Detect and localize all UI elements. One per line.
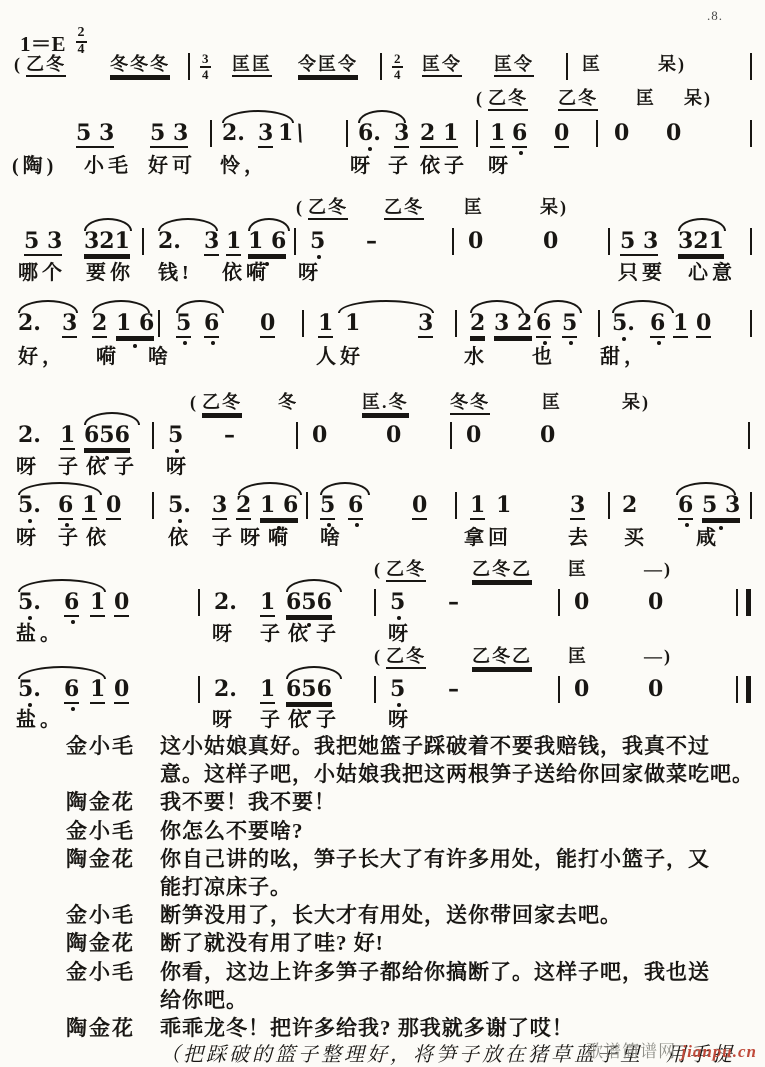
- note-token: 2.: [158, 230, 181, 252]
- note-token: –: [224, 424, 235, 446]
- percussion-token: —): [644, 647, 672, 665]
- melody-line: 2.16565–0000: [0, 424, 765, 456]
- melody-line: 5 35 32.31\6.32 116000: [0, 122, 765, 154]
- barline: [566, 53, 568, 80]
- meter-digit: 4: [202, 68, 209, 82]
- lyric-token: 子: [316, 710, 340, 730]
- lyric-token: 嗬: [96, 347, 120, 367]
- barline: [750, 53, 752, 80]
- melody-line: 5.6102.16565–00: [0, 678, 765, 710]
- barline: [598, 310, 600, 337]
- note-token: 5: [562, 312, 577, 338]
- percussion-token: (: [296, 198, 304, 216]
- lyric-token: 啥: [320, 528, 344, 548]
- dialogue-text: 断了就没有用了哇? 好!: [158, 930, 765, 958]
- barline: [608, 492, 610, 519]
- barline: [750, 310, 752, 337]
- lyric-token: 哪个: [18, 263, 66, 283]
- note-token: 0: [412, 494, 427, 520]
- note-token: 6: [64, 591, 79, 617]
- note-token: 5 3: [150, 122, 188, 148]
- note-token: 6: [58, 494, 73, 520]
- note-token: 5.: [18, 591, 41, 613]
- note-token: –: [448, 591, 459, 613]
- note-token: 3: [212, 494, 227, 520]
- percussion-token: 匡: [568, 647, 588, 665]
- final-barline: [736, 589, 751, 616]
- lyric-token: 呀: [388, 624, 412, 644]
- note-token: 0: [666, 122, 681, 144]
- lyric-token: 拿回: [464, 528, 512, 548]
- dialogue-row: 金小毛你看，这边上许多笋子都给你搞断了。这样子吧，我也送: [0, 959, 765, 987]
- percussion-token: 匡: [568, 560, 588, 578]
- barline: [374, 676, 376, 703]
- note-token: 2.: [214, 678, 237, 700]
- dialogue-text: 你看，这边上许多笋子都给你搞断了。这样子吧，我也送: [158, 959, 765, 987]
- note-token: 1: [318, 312, 333, 338]
- barline: [596, 120, 598, 147]
- note-token: 656: [84, 424, 130, 450]
- lyric-token: 呀: [350, 156, 374, 176]
- note-token: 656: [286, 678, 332, 704]
- speaker-name: 陶金花: [66, 930, 158, 958]
- lyric-token: 呀: [212, 624, 236, 644]
- lyric-token: 呀: [240, 528, 264, 548]
- note-token: 5: [390, 678, 405, 700]
- barline: [306, 492, 308, 519]
- lyric-line: 呀子依依子呀嗬啥拿回去买咸: [0, 528, 765, 560]
- watermark: 歌谱简谱网 jianpu.cn: [586, 1037, 757, 1062]
- melody-line: 5.6105.321 6560113265 3: [0, 494, 765, 526]
- note-token: 1: [496, 494, 511, 516]
- percussion-token: (: [14, 55, 22, 73]
- percussion-token: 匡: [464, 198, 484, 216]
- lyric-token: 子: [388, 156, 412, 176]
- percussion-token: (: [374, 560, 382, 578]
- lyric-token: 呀: [298, 263, 322, 283]
- dialogue-row: 意。这样子吧，小姑娘我把这两根笋子送给你回家做菜吃吧。: [0, 761, 765, 789]
- lyric-line: 哪个要你钱!依嗬呀只要心意: [0, 263, 765, 295]
- percussion-token: 乙冬: [488, 89, 528, 111]
- percussion-token: (: [190, 393, 198, 411]
- barline: [302, 310, 304, 337]
- percussion-token: 呆): [684, 89, 712, 107]
- lyric-token: 买: [624, 528, 648, 548]
- percussion-token: 呆): [622, 393, 650, 411]
- note-token: 3: [258, 122, 273, 148]
- meter-digit: 3: [200, 52, 211, 68]
- percussion-token: 冬: [278, 393, 298, 411]
- note-token: 5: [310, 230, 325, 252]
- note-token: 6: [650, 312, 665, 338]
- note-token: 1: [490, 122, 505, 148]
- speaker-name: 金小毛: [66, 818, 158, 846]
- percussion-token: 匡.冬: [362, 393, 409, 415]
- speaker-name: [66, 874, 158, 902]
- barline: [558, 676, 560, 703]
- percussion-token: 乙冬: [26, 55, 66, 77]
- dialogue-row: 陶金花我不要！我不要！: [0, 789, 765, 817]
- dialogue-block: 金小毛这小姑娘真好。我把她篮子踩破着不要我赔钱，我真不过意。这样子吧，小姑娘我把…: [0, 733, 765, 1067]
- note-token: 6: [204, 312, 219, 338]
- lyric-token: 去: [568, 528, 592, 548]
- barline: [152, 422, 154, 449]
- note-token: 5.: [612, 312, 635, 334]
- barline: [210, 120, 212, 147]
- dialogue-text: 能打凉床子。: [158, 874, 765, 902]
- barline: [608, 228, 610, 255]
- lyric-token: 子: [58, 528, 82, 548]
- dialogue-text: 给你吧。: [158, 987, 765, 1015]
- note-token: 0: [648, 591, 663, 613]
- speaker-name: [66, 1043, 158, 1067]
- note-token: 1 6: [260, 494, 298, 520]
- note-token: 0: [106, 494, 121, 520]
- lyric-line: (陶)小毛好可怜，呀子依子呀: [0, 156, 765, 188]
- lyric-token: 子: [58, 457, 82, 477]
- note-token: 2.: [18, 424, 41, 446]
- percussion-token: 呆): [658, 55, 686, 73]
- note-token: 1: [82, 494, 97, 520]
- note-token: 0: [114, 678, 129, 704]
- barline: [748, 422, 750, 449]
- barline: [296, 422, 298, 449]
- note-token: 5 3: [702, 494, 740, 520]
- note-token: 1 6: [116, 312, 154, 338]
- lyric-token: 依: [86, 528, 110, 548]
- dialogue-text: 断笋没用了，长大才有用处，送你带回家去吧。: [158, 902, 765, 930]
- speaker-name: [66, 761, 158, 789]
- note-token: 0: [540, 424, 555, 446]
- barline: [198, 589, 200, 616]
- note-token: 3 2: [494, 312, 532, 338]
- lyric-token: 呀: [16, 528, 40, 548]
- lyric-token: 呀: [488, 156, 512, 176]
- note-token: 6: [512, 122, 527, 148]
- note-token: 6: [64, 678, 79, 704]
- percussion-token: 乙冬: [202, 393, 242, 415]
- dialogue-text: 这小姑娘真好。我把她篮子踩破着不要我赔钱，我真不过: [158, 733, 765, 761]
- dialogue-text: 我不要！我不要！: [158, 789, 765, 817]
- lyric-token: 水: [464, 347, 488, 367]
- lyric-token: 盐。: [16, 710, 64, 730]
- note-token: 656: [286, 591, 332, 617]
- lyric-token: 依嗬: [222, 263, 270, 283]
- percussion-token: 冬冬冬: [110, 55, 170, 77]
- watermark-site-name: 歌谱简谱网: [586, 1042, 676, 1061]
- lyric-token: 好，: [18, 347, 66, 367]
- lyric-token: 依: [86, 457, 110, 477]
- note-token: 5.: [18, 494, 41, 516]
- score-page: .8. 1＝E 2 4 (乙冬冬冬冬34匡匡令匡令24匡令匡令匡呆)(乙冬乙冬匡…: [0, 0, 765, 1067]
- lyric-token: 甜，: [600, 347, 648, 367]
- lyric-token: 好可: [148, 156, 196, 176]
- speaker-name: 陶金花: [66, 789, 158, 817]
- speaker-name: 陶金花: [66, 1015, 158, 1043]
- note-token: 0: [574, 678, 589, 700]
- lyric-token: 怜，: [220, 156, 268, 176]
- note-token: 3: [570, 494, 585, 520]
- percussion-token: 匡: [636, 89, 656, 107]
- lyric-token: 呀: [212, 710, 236, 730]
- note-token: –: [366, 230, 377, 252]
- barline: [750, 492, 752, 519]
- barline: [374, 589, 376, 616]
- barline: [450, 422, 452, 449]
- barline: [558, 589, 560, 616]
- note-token: 6: [348, 494, 363, 520]
- lyric-line: 好，嗬啥人好水也甜，: [0, 347, 765, 379]
- note-token: 2.: [214, 591, 237, 613]
- barline: [188, 53, 190, 80]
- meter-digit: 4: [394, 68, 401, 82]
- barline: [455, 310, 457, 337]
- lyric-token: 嗬: [268, 528, 292, 548]
- note-token: 3: [394, 122, 409, 148]
- dialogue-text: 你自己讲的吆，笋子长大了有许多用处，能打小篮子，又: [158, 846, 765, 874]
- percussion-token: 匡令: [422, 55, 462, 77]
- percussion-token: 乙冬: [558, 89, 598, 111]
- lyric-token: (陶): [12, 156, 57, 176]
- percussion-line: (乙冬冬冬冬34匡匡令匡令24匡令匡令匡呆): [0, 55, 765, 87]
- lyric-token: 钱!: [158, 263, 193, 283]
- note-token: 3: [418, 312, 433, 338]
- lyric-token: 子: [114, 457, 138, 477]
- note-token: 1: [226, 230, 241, 256]
- lyric-token: 依: [168, 528, 192, 548]
- barline: [452, 228, 454, 255]
- speaker-name: 金小毛: [66, 733, 158, 761]
- percussion-token: 乙冬: [386, 560, 426, 582]
- note-token: 1: [470, 494, 485, 520]
- percussion-token: 乙冬: [384, 198, 424, 220]
- barline: [294, 228, 296, 255]
- lyric-token: 依: [288, 624, 312, 644]
- dialogue-row: 陶金花断了就没有用了哇? 好!: [0, 930, 765, 958]
- note-token: 2.: [18, 312, 41, 334]
- lyric-token: 依子: [420, 156, 468, 176]
- lyric-token: 子: [212, 528, 236, 548]
- lyric-token: 也: [532, 347, 556, 367]
- slide-mark: \: [293, 121, 306, 144]
- note-token: 0: [468, 230, 483, 252]
- dialogue-row: 陶金花你自己讲的吆，笋子长大了有许多用处，能打小篮子，又: [0, 846, 765, 874]
- melody-line: 5 33212.311 65–005 3321: [0, 230, 765, 262]
- lyric-token: 依: [288, 710, 312, 730]
- lyric-token: 要你: [86, 263, 134, 283]
- percussion-token: 匡匡: [232, 55, 272, 77]
- lyric-token: 子: [260, 624, 284, 644]
- note-token: 0: [554, 122, 569, 148]
- speaker-name: [66, 987, 158, 1015]
- note-token: 321: [678, 230, 724, 256]
- lyric-token: 呀: [388, 710, 412, 730]
- percussion-token: 匡: [582, 55, 602, 73]
- percussion-token: 乙冬乙: [472, 647, 532, 669]
- dialogue-row: 金小毛这小姑娘真好。我把她篮子踩破着不要我赔钱，我真不过: [0, 733, 765, 761]
- lyric-token: 子: [260, 710, 284, 730]
- note-token: 0: [312, 424, 327, 446]
- dialogue-row: 金小毛你怎么不要啥?: [0, 818, 765, 846]
- note-token: –: [448, 678, 459, 700]
- note-token: 0: [543, 230, 558, 252]
- note-token: 2: [622, 494, 637, 516]
- percussion-token: 乙冬: [308, 198, 348, 220]
- lyric-token: 人好: [316, 347, 364, 367]
- percussion-line: (乙冬乙冬乙匡—): [0, 560, 765, 592]
- percussion-line: (乙冬乙冬乙匡—): [0, 647, 765, 679]
- meter-fraction: 2 4: [76, 26, 87, 57]
- note-token: 1: [345, 312, 360, 334]
- note-token: 0: [614, 122, 629, 144]
- dialogue-row: 金小毛断笋没用了，长大才有用处，送你带回家去吧。: [0, 902, 765, 930]
- barline: [346, 120, 348, 147]
- watermark-site-url: jianpu.cn: [681, 1042, 757, 1061]
- barline: [750, 228, 752, 255]
- note-token: 0: [574, 591, 589, 613]
- percussion-token: 匡令: [494, 55, 534, 77]
- percussion-token: —): [644, 560, 672, 578]
- lyric-token: 盐。: [16, 624, 64, 644]
- note-token: 2: [236, 494, 251, 520]
- note-token: 0: [696, 312, 711, 338]
- note-token: 1 6: [248, 230, 286, 256]
- dialogue-text: 意。这样子吧，小姑娘我把这两根笋子送给你回家做菜吃吧。: [158, 761, 765, 789]
- note-token: 5.: [168, 494, 191, 516]
- note-token: 0: [386, 424, 401, 446]
- note-token: 2: [92, 312, 107, 338]
- barline: [476, 120, 478, 147]
- percussion-token: (: [374, 647, 382, 665]
- note-token: 321: [84, 230, 130, 256]
- note-token: 1: [278, 122, 293, 144]
- note-token: 6: [536, 312, 551, 338]
- dialogue-row: 给你吧。: [0, 987, 765, 1015]
- meter-digit: 2: [392, 52, 403, 68]
- note-token: 5: [320, 494, 335, 520]
- note-token: 2: [470, 312, 485, 338]
- meter-fraction: 24: [392, 52, 403, 81]
- note-token: 6.: [358, 122, 381, 144]
- lyric-token: 小毛: [84, 156, 132, 176]
- percussion-token: 令匡令: [298, 55, 358, 77]
- note-token: 2.: [222, 122, 245, 144]
- lyric-token: 啥: [148, 347, 172, 367]
- note-token: 1: [60, 424, 75, 450]
- note-token: 3: [204, 230, 219, 256]
- note-token: 5 3: [620, 230, 658, 256]
- speaker-name: 金小毛: [66, 959, 158, 987]
- barline: [152, 492, 154, 519]
- barline: [380, 53, 382, 80]
- lyric-line: 呀子依子呀: [0, 457, 765, 489]
- percussion-token: 乙冬: [386, 647, 426, 669]
- barline: [158, 310, 160, 337]
- barline: [198, 676, 200, 703]
- lyric-token: 呀: [166, 457, 190, 477]
- percussion-token: 乙冬乙: [472, 560, 532, 582]
- note-token: 1: [260, 591, 275, 617]
- speaker-name: 金小毛: [66, 902, 158, 930]
- note-token: 1: [673, 312, 688, 338]
- melody-line: 5.6102.16565–00: [0, 591, 765, 623]
- note-token: 0: [466, 424, 481, 446]
- note-token: 5: [168, 424, 183, 446]
- barline: [142, 228, 144, 255]
- note-token: 6: [678, 494, 693, 520]
- note-token: 2 1: [420, 122, 458, 148]
- note-token: 1: [90, 591, 105, 617]
- melody-line: 2.321 656011323 2655.610: [0, 312, 765, 344]
- note-token: 0: [260, 312, 275, 338]
- final-barline: [736, 676, 751, 703]
- note-token: 5 3: [24, 230, 62, 256]
- meter-fraction: 34: [200, 52, 211, 81]
- barline: [750, 120, 752, 147]
- lyric-token: 咸: [696, 528, 720, 548]
- lyric-token: 呀: [16, 457, 40, 477]
- percussion-token: 冬冬: [450, 393, 490, 415]
- page-number: .8.: [707, 8, 723, 24]
- note-token: 3: [62, 312, 77, 338]
- dialogue-row: 能打凉床子。: [0, 874, 765, 902]
- lyric-token: 只要: [618, 263, 666, 283]
- lyric-token: 子: [316, 624, 340, 644]
- speaker-name: 陶金花: [66, 846, 158, 874]
- note-token: 5 3: [76, 122, 114, 148]
- lyric-token: 心意: [688, 263, 736, 283]
- note-token: 0: [114, 591, 129, 617]
- percussion-token: (: [476, 89, 484, 107]
- note-token: 0: [648, 678, 663, 700]
- meter-numerator: 2: [76, 26, 87, 43]
- note-token: 1: [260, 678, 275, 704]
- percussion-token: 呆): [540, 198, 568, 216]
- note-token: 5: [390, 591, 405, 613]
- note-token: 1: [90, 678, 105, 704]
- percussion-token: 匡: [542, 393, 562, 411]
- barline: [455, 492, 457, 519]
- note-token: 5: [176, 312, 191, 338]
- note-token: 5.: [18, 678, 41, 700]
- dialogue-text: 你怎么不要啥?: [158, 818, 765, 846]
